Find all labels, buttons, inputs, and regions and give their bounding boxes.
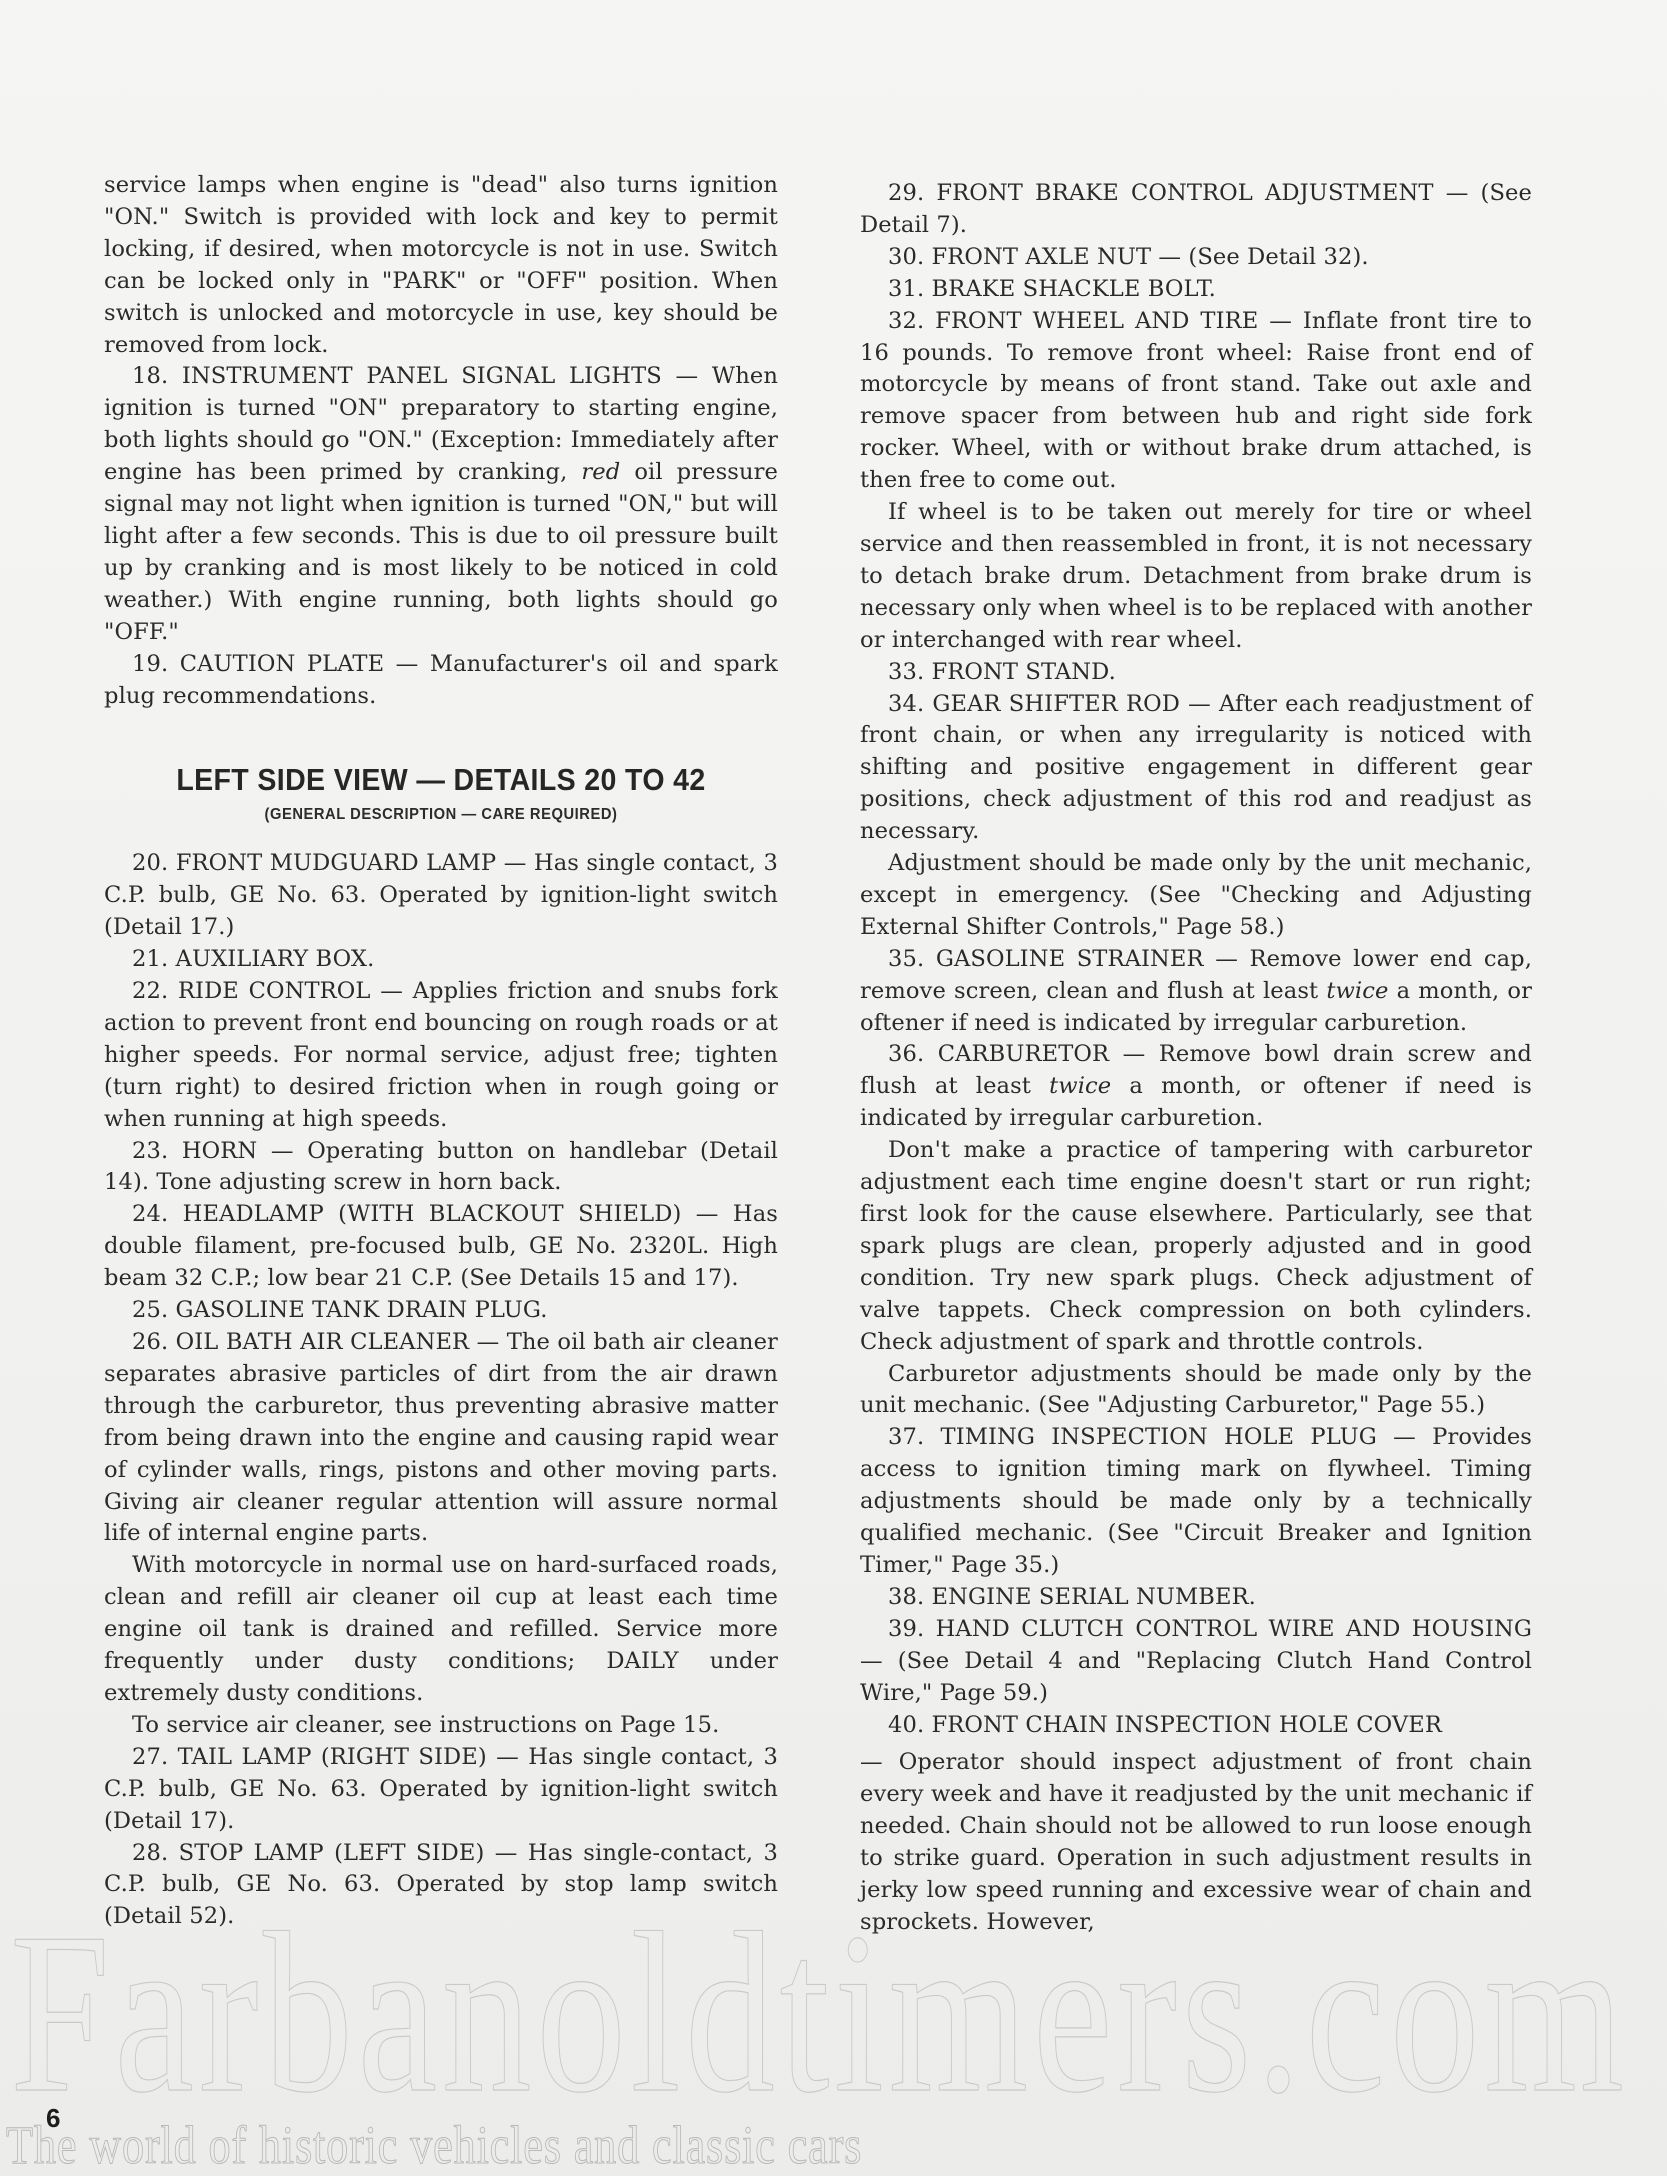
detail-item-35: 35. GASOLINE STRAINER — Remove lower end… [860, 944, 1532, 1040]
detail-item-31: 31. BRAKE SHACKLE BOLT. [860, 274, 1532, 306]
dash: — [1269, 308, 1292, 334]
right-detail-list-c: 37. TIMING INSPECTION HOLE PLUG — Provid… [860, 1422, 1532, 1709]
item-title: FRONT AXLE NUT [932, 244, 1152, 270]
item-title: BRAKE SHACKLE BOLT. [932, 276, 1216, 302]
detail-item-38: 38. ENGINE SERIAL NUMBER. [860, 1582, 1532, 1614]
item-text: oil pressure signal may not light when i… [104, 459, 778, 645]
item36-continuation: Carburetor adjustments should be made on… [860, 1359, 1532, 1423]
dash: — [1123, 1041, 1146, 1067]
item-number: 40. [888, 1712, 924, 1738]
dash: — [860, 1749, 883, 1775]
right-detail-list-b: 33. FRONT STAND.34. GEAR SHIFTER ROD — A… [860, 657, 1532, 848]
detail-item-26: 26. OIL BATH AIR CLEANER — The oil bath … [104, 1327, 778, 1550]
item-title: GEAR SHIFTER ROD [932, 691, 1180, 717]
item-number: 33. [888, 659, 924, 685]
dash: — [504, 850, 527, 876]
item-number: 35. [888, 946, 924, 972]
item-title: GASOLINE STRAINER [936, 946, 1204, 972]
detail-item-27: 27. TAIL LAMP (RIGHT SIDE) — Has single … [104, 1742, 778, 1838]
right-detail-list-a: 29. FRONT BRAKE CONTROL ADJUSTMENT — (Se… [860, 178, 1532, 497]
detail-item-28: 28. STOP LAMP (LEFT SIDE) — Has single-c… [104, 1838, 778, 1934]
item-number: 20. [132, 850, 168, 876]
dash: — [495, 1840, 518, 1866]
dash: — [1393, 1424, 1416, 1450]
item-title: HORN [182, 1138, 257, 1164]
detail-item-39: 39. HAND CLUTCH CONTROL WIRE AND HOUSING… [860, 1614, 1532, 1710]
item-number: 37. [888, 1424, 924, 1450]
item32-continuation: If wheel is to be taken out merely for t… [860, 497, 1532, 657]
item-title: GASOLINE TANK DRAIN PLUG. [176, 1297, 548, 1323]
item-number: 18. [132, 363, 168, 389]
item-number: 27. [132, 1744, 168, 1770]
item-text: Operator should inspect adjustment of fr… [860, 1749, 1532, 1935]
detail-item-36: 36. CARBURETOR — Remove bowl drain screw… [860, 1039, 1532, 1135]
dash: — [1188, 691, 1211, 717]
detail-item-24: 24. HEADLAMP (WITH BLACKOUT SHIELD) — Ha… [104, 1199, 778, 1295]
detail-item-25: 25. GASOLINE TANK DRAIN PLUG. [104, 1295, 778, 1327]
item-number: 36. [888, 1041, 924, 1067]
item-title: FRONT CHAIN INSPECTION HOLE COVER [932, 1712, 1442, 1738]
item-number: 26. [132, 1329, 168, 1355]
item-number: 23. [132, 1138, 168, 1164]
right-column: 29. FRONT BRAKE CONTROL ADJUSTMENT — (Se… [860, 178, 1532, 1939]
item-number: 32. [888, 308, 924, 334]
detail-item-21: 21. AUXILIARY BOX. [104, 944, 778, 976]
item-title: FRONT STAND. [932, 659, 1116, 685]
document-page: Farbanoldtimers.com service lamps when e… [0, 0, 1667, 2176]
item-title: FRONT WHEEL AND TIRE [935, 308, 1258, 334]
item-number: 22. [132, 978, 168, 1004]
detail-item-23: 23. HORN — Operating button on handlebar… [104, 1136, 778, 1200]
item-number: 34. [888, 691, 924, 717]
intro-paragraph: service lamps when engine is "dead" also… [104, 170, 778, 361]
detail-item-33: 33. FRONT STAND. [860, 657, 1532, 689]
item34-continuation: Adjustment should be made only by the un… [860, 848, 1532, 944]
item-continuation: With motorcycle in normal use on hard-su… [104, 1550, 778, 1710]
item40-text: — Operator should inspect adjustment of … [860, 1747, 1532, 1938]
item-text: The oil bath air cleaner separates abras… [104, 1329, 778, 1546]
item-number: 29. [888, 180, 924, 206]
detail-item-20: 20. FRONT MUDGUARD LAMP — Has single con… [104, 848, 778, 944]
detail-item-29: 29. FRONT BRAKE CONTROL ADJUSTMENT — (Se… [860, 178, 1532, 242]
item-text: (See Detail 4 and "Replacing Clutch Hand… [860, 1648, 1532, 1706]
dash: — [477, 1329, 500, 1355]
item-title: FRONT MUDGUARD LAMP [176, 850, 497, 876]
item-number: 21. [132, 946, 168, 972]
item-title: RIDE CONTROL [178, 978, 371, 1004]
item-number: 30. [888, 244, 924, 270]
item-title: OIL BATH AIR CLEANER [176, 1329, 470, 1355]
detail-item-34: 34. GEAR SHIFTER ROD — After each readju… [860, 689, 1532, 849]
watermark-tagline: The world of historic vehicles and class… [6, 2114, 862, 2176]
dash: — [1215, 946, 1238, 972]
dash: — [696, 1201, 719, 1227]
item-title: HEADLAMP (WITH BLACKOUT SHIELD) [183, 1201, 682, 1227]
detail-item-22: 22. RIDE CONTROL — Applies friction and … [104, 976, 778, 1136]
item-title: TAIL LAMP (RIGHT SIDE) [178, 1744, 487, 1770]
item-number: 25. [132, 1297, 168, 1323]
item-title: TIMING INSPECTION HOLE PLUG [941, 1424, 1377, 1450]
item-number: 28. [132, 1840, 168, 1866]
item-emphasis: twice [1049, 1073, 1111, 1099]
left-detail-list-after: 27. TAIL LAMP (RIGHT SIDE) — Has single … [104, 1742, 778, 1933]
dash: — [380, 978, 403, 1004]
dash: — [860, 1648, 883, 1674]
item-title: INSTRUMENT PANEL SIGNAL LIGHTS [182, 363, 662, 389]
detail-item-37: 37. TIMING INSPECTION HOLE PLUG — Provid… [860, 1422, 1532, 1582]
item-number: 39. [888, 1616, 924, 1642]
detail-item-30: 30. FRONT AXLE NUT — (See Detail 32). [860, 242, 1532, 274]
left-detail-list: 20. FRONT MUDGUARD LAMP — Has single con… [104, 848, 778, 1933]
dash: — [396, 651, 419, 677]
detail-item-40: 40. FRONT CHAIN INSPECTION HOLE COVER [860, 1710, 1532, 1742]
dash: — [676, 363, 699, 389]
item-number: 38. [888, 1584, 924, 1610]
detail-item-19: 19. CAUTION PLATE — Manufacturer's oil a… [104, 649, 778, 713]
item-title: CAUTION PLATE [180, 651, 384, 677]
detail-item-32: 32. FRONT WHEEL AND TIRE — Inflate front… [860, 306, 1532, 497]
item-emphasis: twice [1326, 978, 1388, 1004]
left-column: service lamps when engine is "dead" also… [104, 170, 778, 1933]
item-text: (See Detail 32). [1188, 244, 1368, 270]
item-title: ENGINE SERIAL NUMBER. [932, 1584, 1256, 1610]
item-text: Inflate front tire to 16 pounds. To remo… [860, 308, 1532, 494]
dash: — [1446, 180, 1469, 206]
dash: — [271, 1138, 294, 1164]
dash: — [496, 1744, 519, 1770]
item-title: HAND CLUTCH CONTROL WIRE AND HOUSING [936, 1616, 1532, 1642]
item-title: AUXILIARY BOX. [176, 946, 375, 972]
item36-continuation: Don't make a practice of tampering with … [860, 1135, 1532, 1358]
item-number: 19. [132, 651, 168, 677]
item-emphasis: red [581, 459, 620, 485]
item-continuation: To service air cleaner, see instructions… [104, 1710, 778, 1742]
detail-item-18: 18. INSTRUMENT PANEL SIGNAL LIGHTS — Whe… [104, 361, 778, 648]
dash: — [1158, 244, 1181, 270]
section-heading: LEFT SIDE VIEW — DETAILS 20 TO 42 [131, 760, 751, 800]
item-title: STOP LAMP (LEFT SIDE) [179, 1840, 485, 1866]
item-number: 31. [888, 276, 924, 302]
item-title: CARBURETOR [938, 1041, 1109, 1067]
section-subheading: (GENERAL DESCRIPTION — CARE REQUIRED) [131, 802, 751, 828]
item-title: FRONT BRAKE CONTROL ADJUSTMENT [936, 180, 1433, 206]
item-number: 24. [132, 1201, 168, 1227]
